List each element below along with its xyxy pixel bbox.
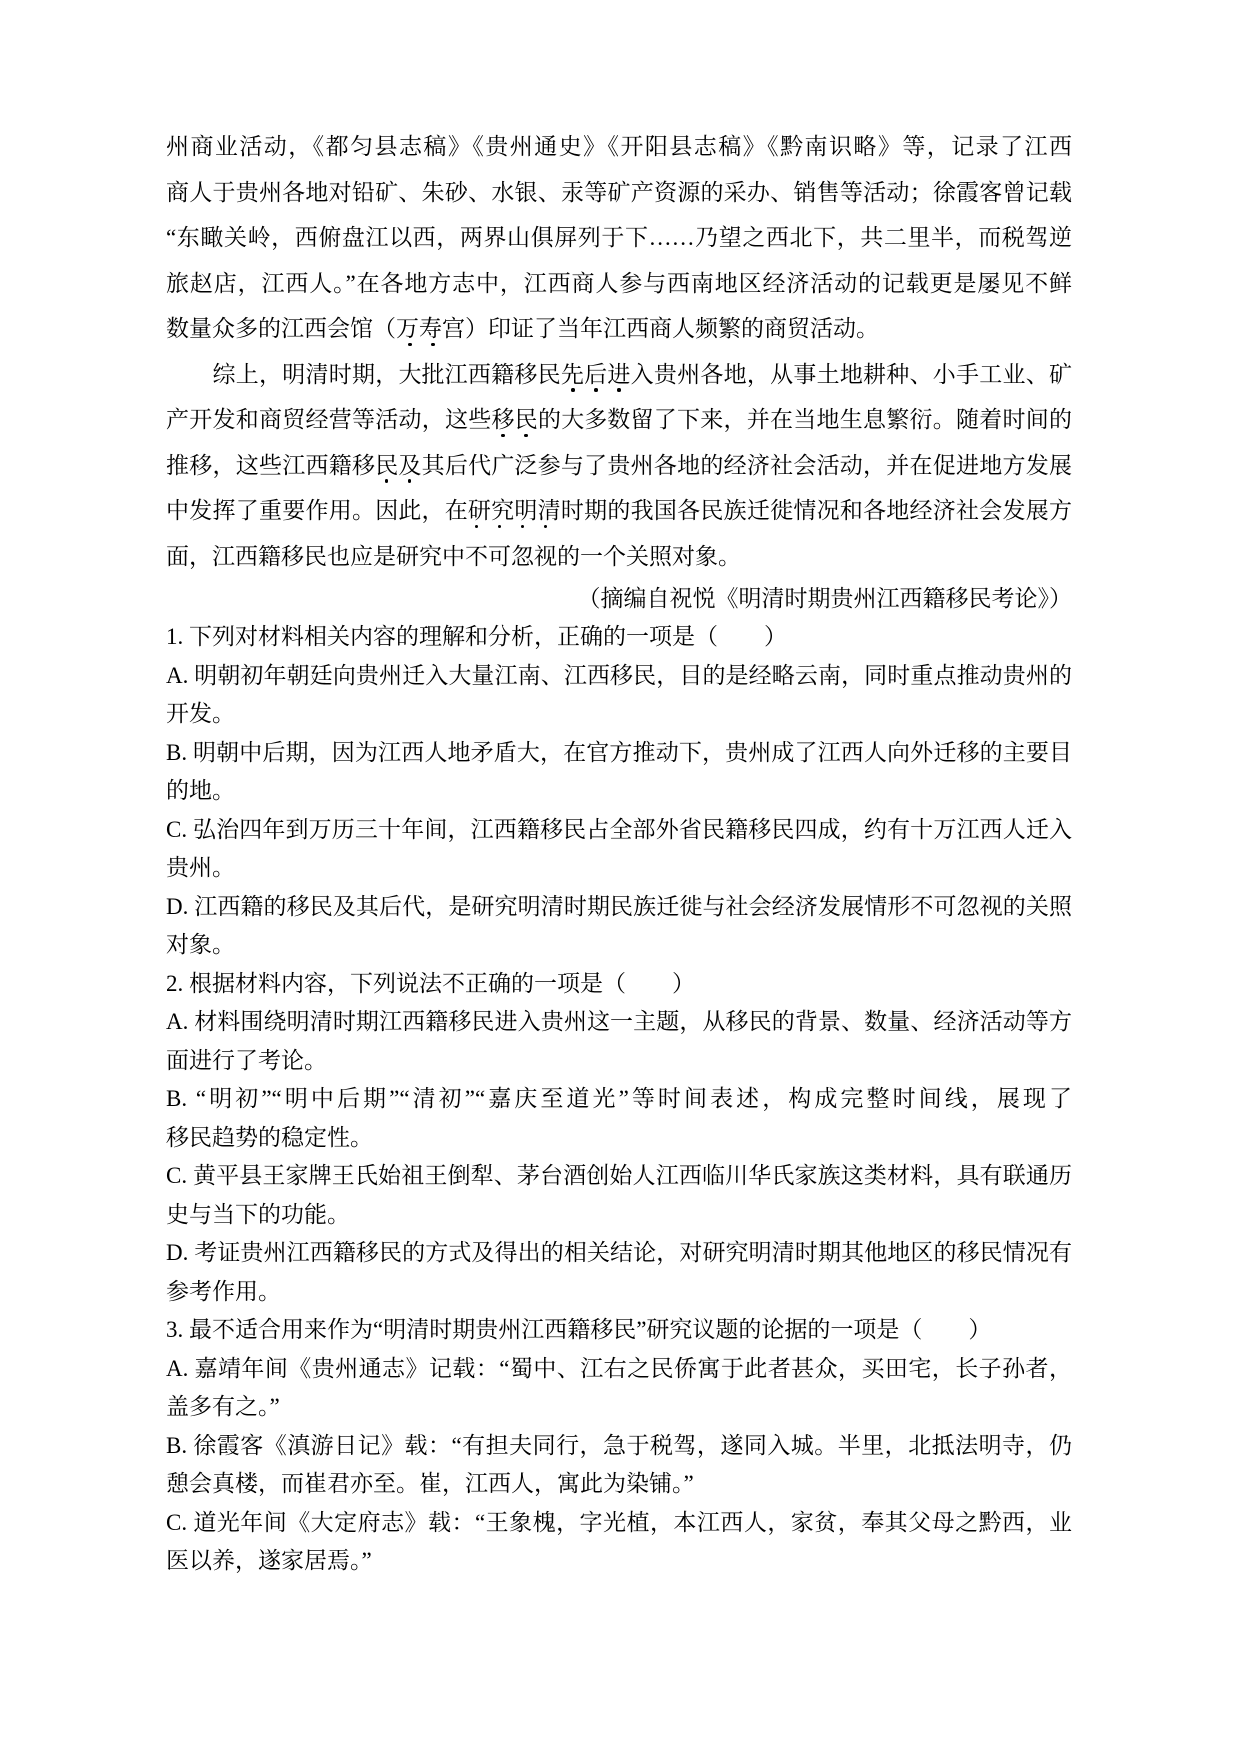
- text-line: 面，江西籍移民也应是研究中不可忽视的一个关照对象。: [166, 534, 1072, 580]
- text-line: 开发。: [166, 695, 1072, 734]
- text-line: 医以养，遂家居焉。”: [166, 1542, 1072, 1581]
- text-line: 2. 根据材料内容，下列说法不正确的一项是（ ）: [166, 965, 1072, 1004]
- text-line: 州商业活动，《都匀县志稿》《贵州通史》《开阳县志稿》《黔南识略》等，记录了江西: [166, 124, 1072, 170]
- passage-paragraph: 综上，明清时期，大批江西籍移民先后进入贵州各地，从事土地耕种、小手工业、矿产开发…: [166, 352, 1072, 580]
- emphasized-char: 此: [398, 488, 421, 534]
- text-line: 3. 最不适合用来作为“明清时期贵州江西籍移民”研究议题的论据的一项是（ ）: [166, 1311, 1072, 1350]
- passage-paragraph: 州商业活动，《都匀县志稿》《贵州通史》《开阳县志稿》《黔南识略》等，记录了江西商…: [166, 124, 1072, 352]
- text-line: 的地。: [166, 772, 1072, 811]
- text-line: C. 弘治四年到万历三十年间，江西籍移民占全部外省民籍移民四成，约有十万江西人迁…: [166, 811, 1072, 850]
- emphasized-char: 多: [584, 397, 607, 443]
- text-line: C. 黄平县王家牌王氏始祖王倒犁、茅台酒创始人江西临川华氏家族这类材料，具有联通…: [166, 1157, 1072, 1196]
- emphasized-char: 可: [488, 534, 511, 580]
- emphasized-char: 忽: [511, 534, 534, 580]
- text-line: 贵州。: [166, 849, 1072, 888]
- text-line: 盖多有之。”: [166, 1388, 1072, 1427]
- text-line: 憩会真楼，而崔君亦至。崔，江西人，寓此为染铺。”: [166, 1465, 1072, 1504]
- text-line: A. 材料围绕明清时期江西籍移民进入贵州这一主题，从移民的背景、数量、经济活动等…: [166, 1003, 1072, 1042]
- text-line: 旅赵店，江西人。”在各地方志中，江西商人参与西南地区经济活动的记载更是屡见不鲜: [166, 261, 1072, 307]
- text-line: 参考作用。: [166, 1273, 1072, 1312]
- emphasized-char: 泛: [514, 443, 537, 489]
- text-line: B. 明朝中后期，因为江西人地矛盾大，在官方推动下，贵州成了江西人向外迁移的主要…: [166, 734, 1072, 773]
- emphasized-char: 不: [465, 534, 488, 580]
- emphasized-char: 数: [607, 397, 630, 443]
- text-line: C. 道光年间《大定府志》载：“王象槐，字光植，本江西人，家贫，奉其父母之黔西，…: [166, 1504, 1072, 1543]
- emphasized-char: 因: [375, 488, 398, 534]
- question-3: 3. 最不适合用来作为“明清时期贵州江西籍移民”研究议题的论据的一项是（ ）A.…: [166, 1311, 1072, 1581]
- emphasized-char: 大: [398, 352, 421, 398]
- reading-passage: 州商业活动，《都匀县志稿》《贵州通史》《开阳县志稿》《黔南识略》等，记录了江西商…: [166, 124, 1072, 579]
- text-line: 史与当下的功能。: [166, 1196, 1072, 1235]
- text-line: D. 考证贵州江西籍移民的方式及得出的相关结论，对研究明清时期其他地区的移民情况…: [166, 1234, 1072, 1273]
- text-line: A. 嘉靖年间《贵州通志》记载：“蜀中、江右之民侨寓于此者甚众，买田宅，长子孙者…: [166, 1350, 1072, 1389]
- text-line: 产开发和商贸经营等活动，这些移民的大多数留了下来，并在当地生息繁衍。随着时间的: [166, 397, 1072, 443]
- text-line: 数量众多的江西会馆（万寿宫）印证了当年江西商人频繁的商贸活动。: [166, 306, 1072, 352]
- emphasized-char: 视: [534, 534, 557, 580]
- emphasized-char: 广: [491, 443, 514, 489]
- source-attribution: （摘编自祝悦《明清时期贵州江西籍移民考论》）: [166, 579, 1072, 618]
- text-line: “东瞰关岭，西俯盘江以西，两界山俱屏列于下……乃望之西北下，共二里半，而税驾逆: [166, 215, 1072, 261]
- text-line: B. 徐霞客《滇游日记》载：“有担夫同行，急于税驾，遂同入城。半里，北抵法明寺，…: [166, 1427, 1072, 1466]
- text-line: 面进行了考论。: [166, 1042, 1072, 1081]
- text-line: D. 江西籍的移民及其后代，是研究明清时期民族迁徙与社会经济发展情形不可忽视的关…: [166, 888, 1072, 927]
- text-line: 推移，这些江西籍移民及其后代广泛参与了贵州各地的经济社会活动，并在促进地方发展: [166, 443, 1072, 489]
- text-line: 商人于贵州各地对铅矿、朱砂、水银、汞等矿产资源的采办、销售等活动；徐霞客曾记载: [166, 170, 1072, 216]
- text-line: 1. 下列对材料相关内容的理解和分析，正确的一项是（ ）: [166, 618, 1072, 657]
- question-2: 2. 根据材料内容，下列说法不正确的一项是（ ）A. 材料围绕明清时期江西籍移民…: [166, 965, 1072, 1312]
- text-line: 对象。: [166, 926, 1072, 965]
- question-1: 1. 下列对材料相关内容的理解和分析，正确的一项是（ ）A. 明朝初年朝廷向贵州…: [166, 618, 1072, 965]
- emphasized-char: 大: [561, 397, 584, 443]
- text-line: 中发挥了重要作用。因此，在研究明清时期的我国各民族迁徙情况和各地经济社会发展方: [166, 488, 1072, 534]
- text-line: B. “明初”“明中后期”“清初”“嘉庆至道光”等时间表述，构成完整时间线，展现…: [166, 1080, 1072, 1119]
- text-line: A. 明朝初年朝廷向贵州迁入大量江南、江西移民，目的是经略云南，同时重点推动贵州…: [166, 657, 1072, 696]
- exam-page: 州商业活动，《都匀县志稿》《贵州通史》《开阳县志稿》《黔南识略》等，记录了江西商…: [166, 124, 1072, 1581]
- questions-section: 1. 下列对材料相关内容的理解和分析，正确的一项是（ ）A. 明朝初年朝廷向贵州…: [166, 618, 1072, 1581]
- text-line: 移民趋势的稳定性。: [166, 1119, 1072, 1158]
- emphasized-char: 批: [421, 352, 444, 398]
